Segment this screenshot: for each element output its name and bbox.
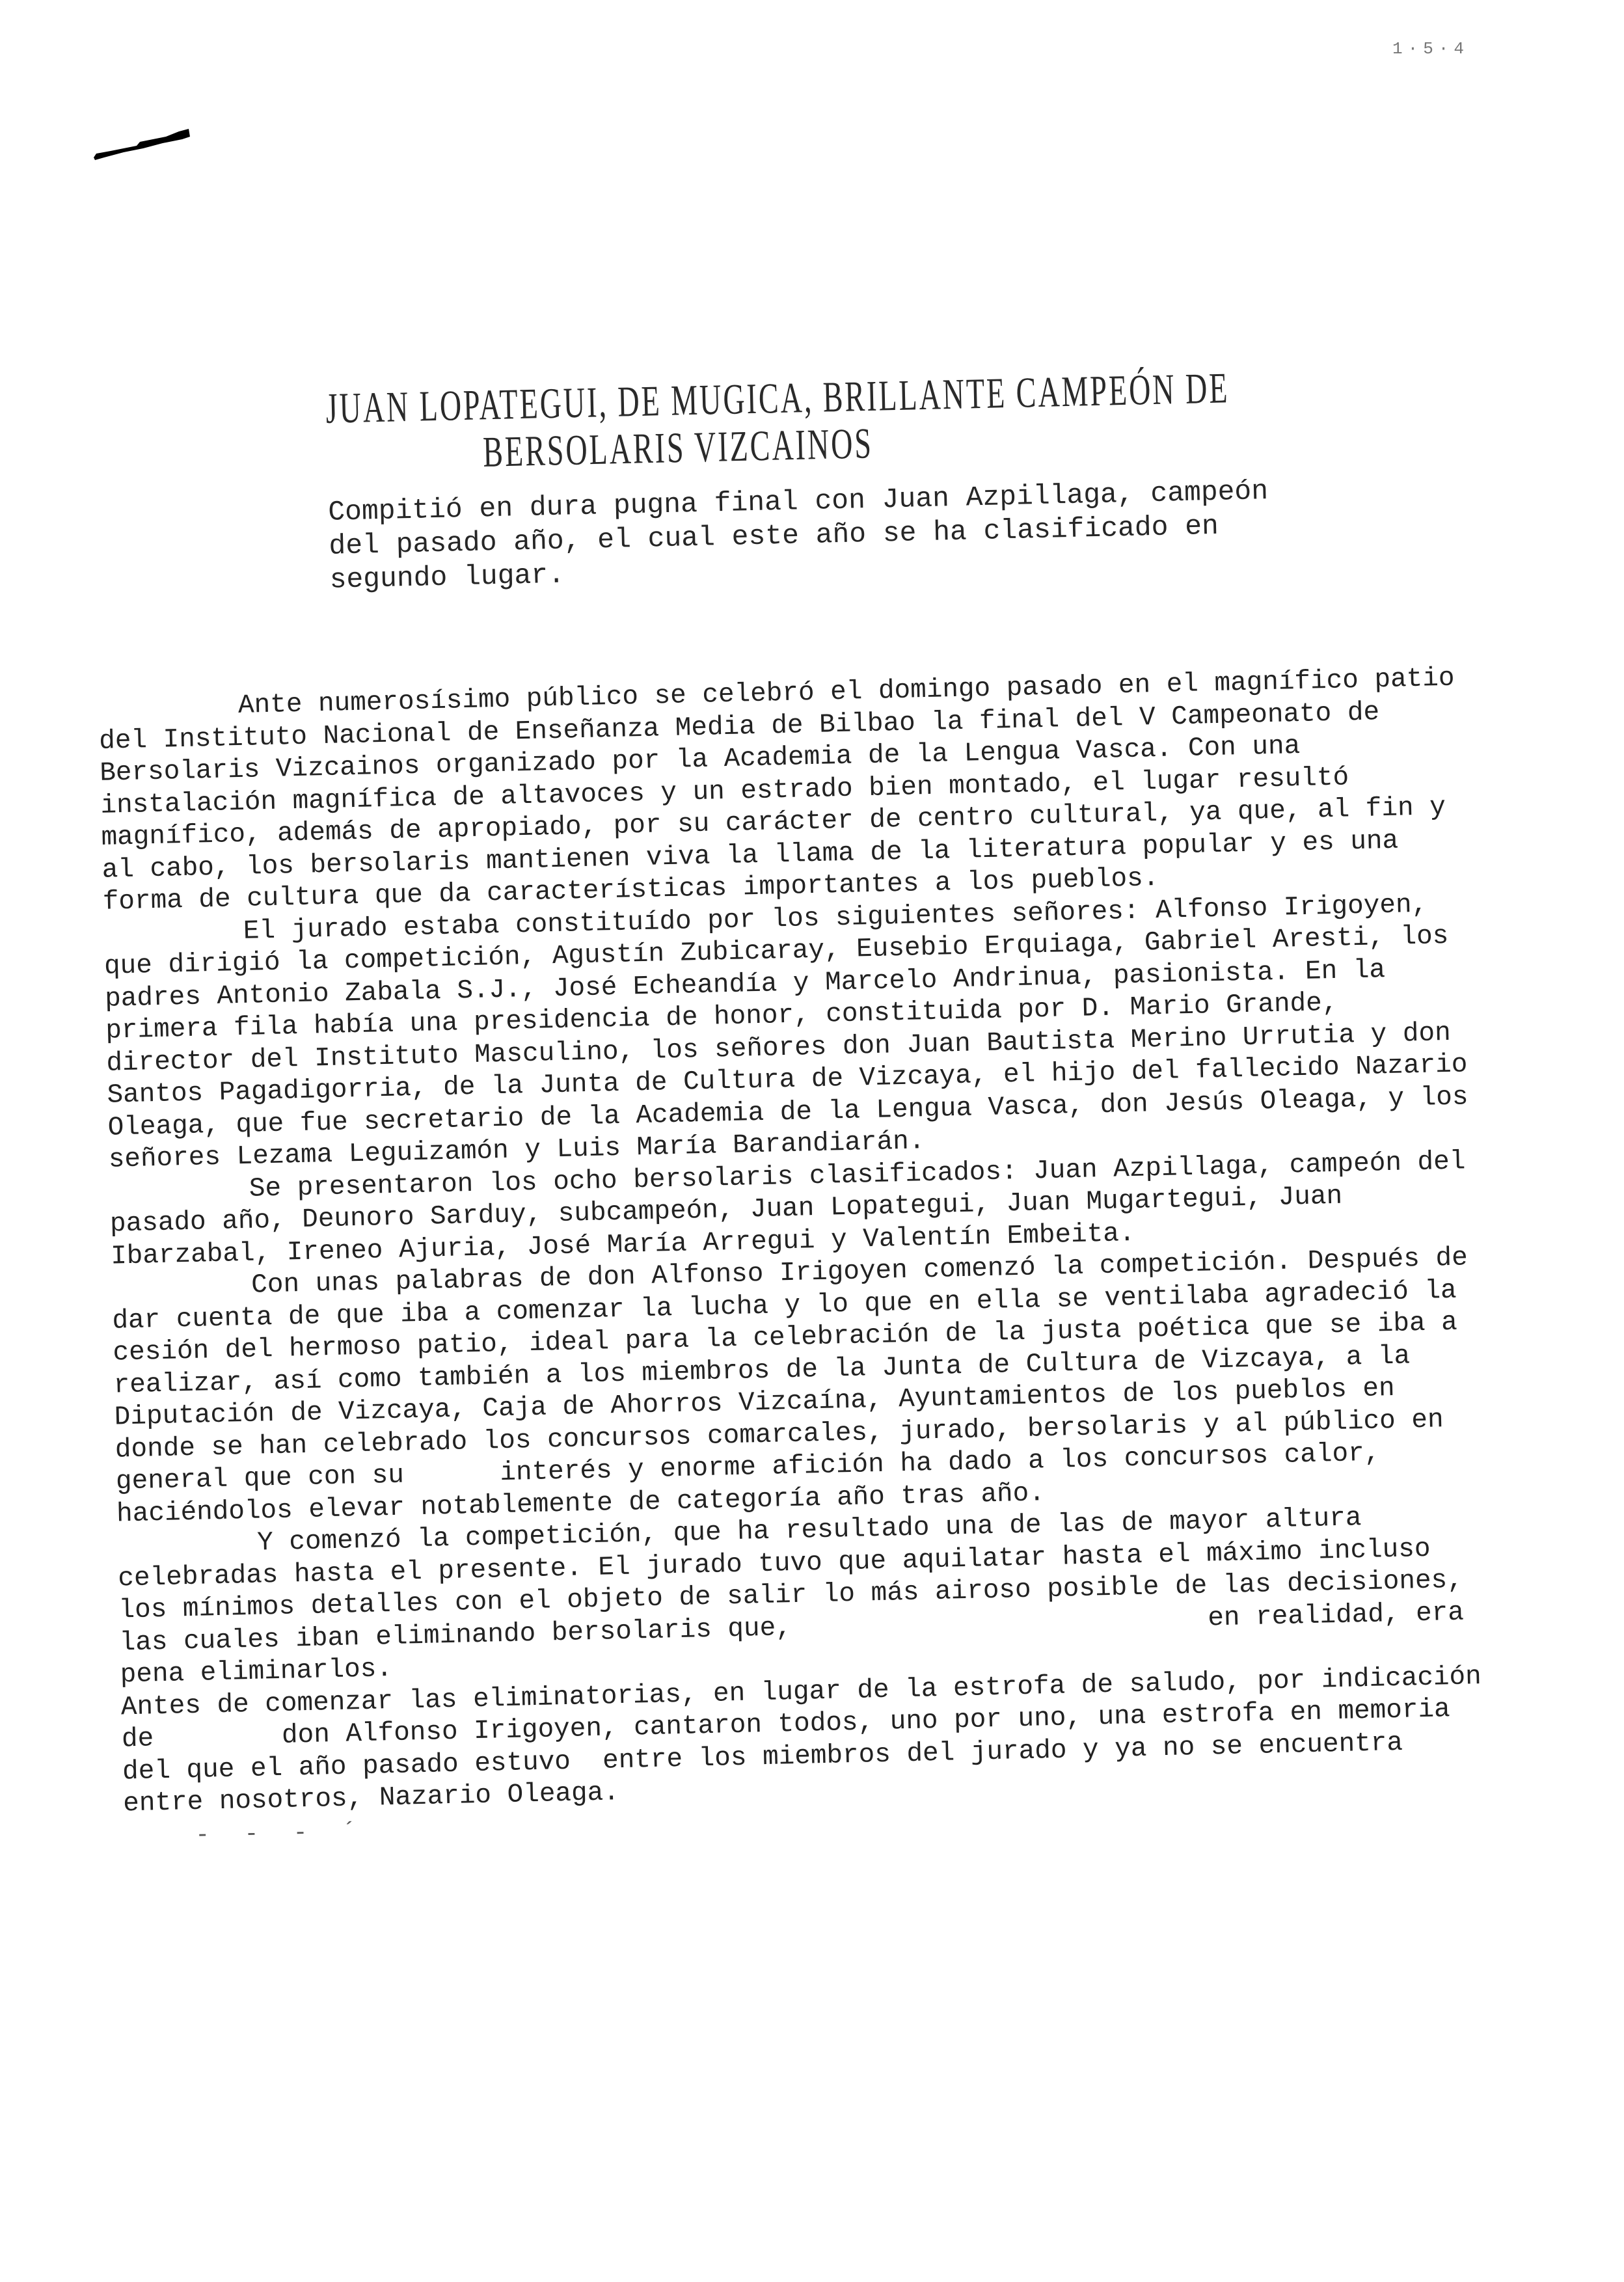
page-number-mark: 1·5·4 — [1392, 39, 1469, 59]
document-body: JUAN LOPATEGUI, DE MUGICA, BRILLANTE CAM… — [91, 359, 1522, 1853]
article-text: Ante numerosísimo público se celebró el … — [98, 662, 1491, 1853]
paragraph-2: El jurado estaba constituído por los sig… — [103, 888, 1474, 1177]
ink-stroke-mark — [91, 124, 195, 163]
paragraph-1: Ante numerosísimo público se celebró el … — [98, 662, 1469, 919]
subheadline: Compitió en dura pugna final con Juan Az… — [328, 474, 1273, 597]
paragraph-4: Con unas palabras de don Alfonso Irigoye… — [111, 1242, 1483, 1531]
headline: JUAN LOPATEGUI, DE MUGICA, BRILLANTE CAM… — [325, 359, 1492, 480]
paragraph-5: Y comenzó la competición, que ha resulta… — [117, 1500, 1487, 1692]
